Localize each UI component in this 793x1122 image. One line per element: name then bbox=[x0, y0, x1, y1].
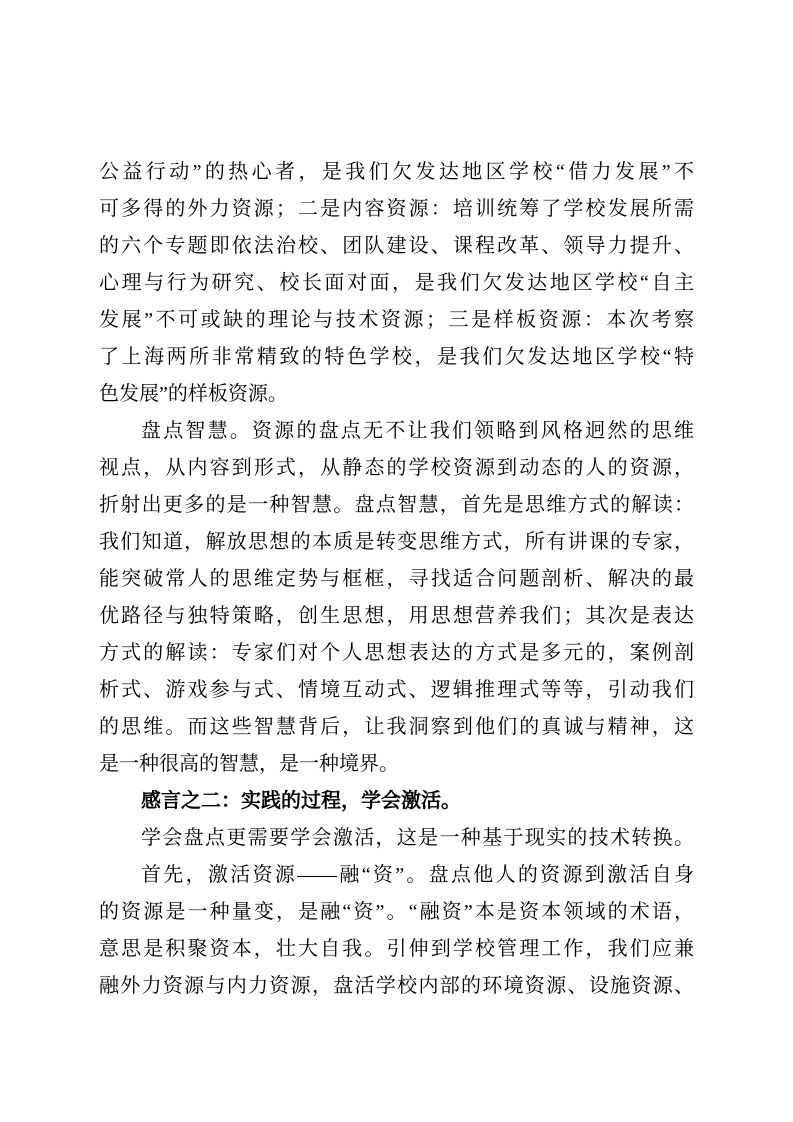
text-line: 视点，从内容到形式，从静态的学校资源到动态的人的资源， bbox=[99, 450, 694, 487]
text-line: 首先，激活资源——融“资”。盘点他人的资源到激活自身 bbox=[99, 857, 694, 894]
paragraph-continuation: 公益行动”的热心者，是我们欠发达地区学校“借力发展”不可多得的外力资源；二是内容… bbox=[99, 154, 694, 413]
text-line: 发展”不可或缺的理论与技术资源；三是样板资源：本次考察 bbox=[99, 302, 694, 339]
text-line: 公益行动”的热心者，是我们欠发达地区学校“借力发展”不 bbox=[99, 154, 694, 191]
text-line: 能突破常人的思维定势与框框，寻找适合问题剖析、解决的最 bbox=[99, 561, 694, 598]
text-line: 融外力资源与内力资源，盘活学校内部的环境资源、设施资源、 bbox=[99, 968, 694, 1005]
text-line: 感言之二：实践的过程，学会激活。 bbox=[99, 783, 694, 820]
text-line: 析式、游戏参与式、情境互动式、逻辑推理式等等，引动我们 bbox=[99, 672, 694, 709]
section-heading-ganyan-2: 感言之二：实践的过程，学会激活。 bbox=[99, 783, 694, 820]
text-line: 的思维。而这些智慧背后，让我洞察到他们的真诚与精神，这 bbox=[99, 709, 694, 746]
text-line: 了上海两所非常精致的特色学校，是我们欠发达地区学校“特 bbox=[99, 339, 694, 376]
text-line: 我们知道，解放思想的本质是转变思维方式，所有讲课的专家， bbox=[99, 524, 694, 561]
text-line: 方式的解读：专家们对个人思想表达的方式是多元的，案例剖 bbox=[99, 635, 694, 672]
text-line: 可多得的外力资源；二是内容资源：培训统筹了学校发展所需 bbox=[99, 191, 694, 228]
paragraph-panding-zhihui: 盘点智慧。资源的盘点无不让我们领略到风格迥然的思维视点，从内容到形式，从静态的学… bbox=[99, 413, 694, 783]
paragraph-xuehui-jihuo: 学会盘点更需要学会激活，这是一种基于现实的技术转换。 bbox=[99, 820, 694, 857]
text-line: 盘点智慧。资源的盘点无不让我们领略到风格迥然的思维 bbox=[99, 413, 694, 450]
text-line: 是一种很高的智慧，是一种境界。 bbox=[99, 746, 694, 783]
text-line: 的资源是一种量变，是融“资”。“融资”本是资本领域的术语， bbox=[99, 894, 694, 931]
text-line: 的六个专题即依法治校、团队建设、课程改革、领导力提升、 bbox=[99, 228, 694, 265]
text-line: 学会盘点更需要学会激活，这是一种基于现实的技术转换。 bbox=[99, 820, 694, 857]
document-content: 公益行动”的热心者，是我们欠发达地区学校“借力发展”不可多得的外力资源；二是内容… bbox=[99, 154, 694, 1005]
paragraph-jihuo-ziyuan: 首先，激活资源——融“资”。盘点他人的资源到激活自身的资源是一种量变，是融“资”… bbox=[99, 857, 694, 1005]
text-line: 色发展”的样板资源。 bbox=[99, 376, 694, 413]
text-line: 优路径与独特策略，创生思想，用思想营养我们；其次是表达 bbox=[99, 598, 694, 635]
text-line: 意思是积聚资本，壮大自我。引伸到学校管理工作，我们应兼 bbox=[99, 931, 694, 968]
document-page: 公益行动”的热心者，是我们欠发达地区学校“借力发展”不可多得的外力资源；二是内容… bbox=[0, 0, 793, 1122]
text-line: 心理与行为研究、校长面对面，是我们欠发达地区学校“自主 bbox=[99, 265, 694, 302]
text-line: 折射出更多的是一种智慧。盘点智慧，首先是思维方式的解读： bbox=[99, 487, 694, 524]
